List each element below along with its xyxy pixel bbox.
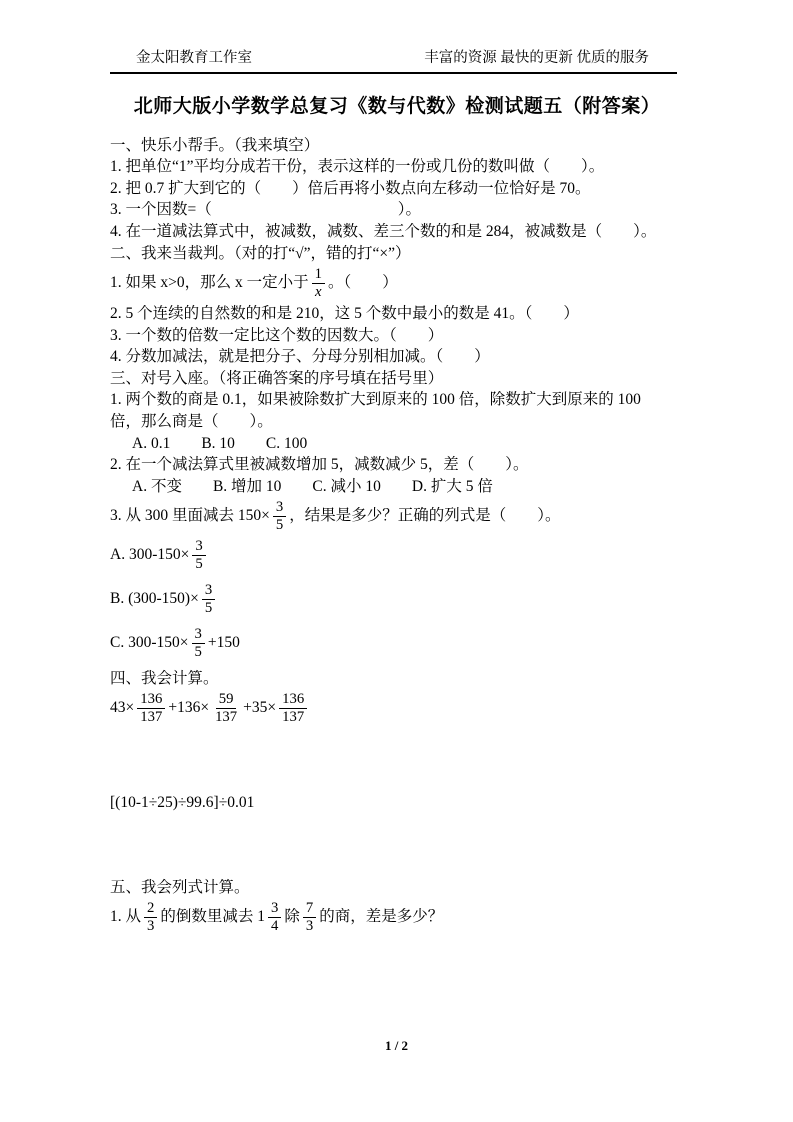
judge-question-2: 2. 5 个连续的自然数的和是 210，这 5 个数中最小的数是 41。（ ） xyxy=(110,303,684,325)
fraction-numerator: 136 xyxy=(137,691,165,709)
page-header: 金太阳教育工作室 丰富的资源 最快的更新 优质的服务 xyxy=(110,46,677,74)
fraction-denominator: 4 xyxy=(268,918,281,935)
fraction-3-over-5: 35 xyxy=(192,538,205,573)
choice-question-1-line2: 倍，那么商是（ ）。 xyxy=(110,411,684,433)
document-page: 金太阳教育工作室 丰富的资源 最快的更新 优质的服务 北师大版小学数学总复习《数… xyxy=(0,0,793,1122)
header-right-text: 丰富的资源 最快的更新 优质的服务 xyxy=(424,46,649,67)
fraction-denominator: 3 xyxy=(144,918,157,935)
fraction-denominator: 5 xyxy=(202,600,215,617)
fraction-numerator: 1 xyxy=(312,266,325,284)
fraction-136-over-137: 136137 xyxy=(137,691,165,726)
section-solve-heading: 五、我会列式计算。 xyxy=(110,877,684,899)
fraction-numerator: 3 xyxy=(192,626,205,644)
choice-question-3-option-c: C. 300-150×35+150 xyxy=(110,624,684,663)
calc-expr1-t3: +35× xyxy=(243,699,276,716)
fraction-numerator: 59 xyxy=(216,691,237,709)
solve-q1-t2: 的倒数里减去 1 xyxy=(160,908,265,925)
choice-question-2: 2. 在一个减法算式里被减数增加 5，减数减少 5，差（ ）。 xyxy=(110,454,684,476)
fill-question-1: 1. 把单位“1”平均分成若干份，表示这样的一份或几份的数叫做（ ）。 xyxy=(110,156,684,178)
choice-q3-optC-post: +150 xyxy=(208,634,240,651)
document-content: 北师大版小学数学总复习《数与代数》检测试题五（附答案） 一、快乐小帮手。（我来填… xyxy=(110,90,684,937)
choice-question-3: 3. 从 300 里面减去 150×35，结果是多少？正确的列式是（ ）。 xyxy=(110,497,684,536)
section-fill-heading: 一、快乐小帮手。（我来填空） xyxy=(110,135,684,157)
choice-question-2-options: A. 不变 B. 增加 10 C. 减小 10 D. 扩大 5 倍 xyxy=(110,476,684,498)
choice-q3-post: ，结果是多少？正确的列式是（ ）。 xyxy=(289,507,560,524)
judge-question-1: 1. 如果 x>0，那么 x 一定小于1x。（ ） xyxy=(110,264,684,303)
document-title: 北师大版小学数学总复习《数与代数》检测试题五（附答案） xyxy=(110,96,684,118)
fraction-denominator: 137 xyxy=(279,709,307,726)
fraction-denominator: 137 xyxy=(137,709,165,726)
choice-question-3-option-a: A. 300-150×35 xyxy=(110,536,684,575)
answer-space xyxy=(110,728,684,792)
choice-question-3-option-b: B. (300-150)×35 xyxy=(110,580,684,619)
judge-question-4: 4. 分数加减法，就是把分子、分母分别相加减。（ ） xyxy=(110,346,684,368)
fraction-numerator: 3 xyxy=(273,499,286,517)
fraction-numerator: 2 xyxy=(144,900,157,918)
fraction-3-over-5: 35 xyxy=(273,499,286,534)
fraction-3-over-5: 35 xyxy=(202,582,215,617)
choice-q3-optB-text: B. (300-150)× xyxy=(110,590,199,607)
fraction-denominator: 5 xyxy=(192,644,205,661)
fraction-denominator: 3 xyxy=(303,918,316,935)
fraction-3-over-5: 35 xyxy=(192,626,205,661)
fill-question-3: 3. 一个因数=（ ）。 xyxy=(110,199,684,221)
choice-question-1-options: A. 0.1 B. 10 C. 100 xyxy=(110,433,684,455)
fraction-numerator: 7 xyxy=(303,900,316,918)
fraction-3-over-4: 34 xyxy=(268,900,281,935)
page-number: 1 / 2 xyxy=(0,1038,793,1054)
fill-question-4: 4. 在一道减法算式中，被减数，减数、差三个数的和是 284，被减数是（ ）。 xyxy=(110,221,684,243)
judge-q1-post: 。（ ） xyxy=(328,274,398,291)
fraction-1-over-x: 1x xyxy=(312,266,325,301)
solve-question-1: 1. 从23的倒数里减去 134除73的商，差是多少？ xyxy=(110,898,684,937)
section-calc-heading: 四、我会计算。 xyxy=(110,668,684,690)
fraction-59-over-137: 59137 xyxy=(212,691,240,726)
fraction-numerator: 3 xyxy=(202,582,215,600)
fill-question-2: 2. 把 0.7 扩大到它的（ ）倍后再将小数点向左移动一位恰好是 70。 xyxy=(110,178,684,200)
choice-q3-optC-text: C. 300-150× xyxy=(110,634,189,651)
choice-q3-pre: 3. 从 300 里面减去 150× xyxy=(110,507,270,524)
fraction-denominator: 5 xyxy=(192,556,205,573)
solve-q1-t1: 1. 从 xyxy=(110,908,141,925)
fraction-136-over-137: 136137 xyxy=(279,691,307,726)
calc-expr1-t2: +136× xyxy=(168,699,209,716)
choice-q3-optA-text: A. 300-150× xyxy=(110,546,189,563)
fraction-2-over-3: 23 xyxy=(144,900,157,935)
fraction-numerator: 136 xyxy=(279,691,307,709)
judge-question-3: 3. 一个数的倍数一定比这个数的因数大。（ ） xyxy=(110,325,684,347)
judge-q1-pre: 1. 如果 x>0，那么 x 一定小于 xyxy=(110,274,309,291)
fraction-denominator: 5 xyxy=(273,517,286,534)
calc-expression-2: [(10-1÷25)÷99.6]÷0.01 xyxy=(110,792,684,814)
fraction-denominator: 137 xyxy=(212,709,240,726)
section-judge-heading: 二、我来当裁判。（对的打“√”，错的打“×”） xyxy=(110,243,684,265)
section-choice-heading: 三、对号入座。（将正确答案的序号填在括号里） xyxy=(110,368,684,390)
choice-question-1-line1: 1. 两个数的商是 0.1，如果被除数扩大到原来的 100 倍，除数扩大到原来的… xyxy=(110,389,684,411)
fraction-numerator: 3 xyxy=(192,538,205,556)
calc-expression-1: 43×136137+136×59137+35×136137 xyxy=(110,689,684,728)
solve-q1-t4: 的商，差是多少？ xyxy=(319,908,443,925)
calc-expr1-t1: 43× xyxy=(110,699,134,716)
header-left-text: 金太阳教育工作室 xyxy=(136,46,252,67)
solve-q1-t3: 除 xyxy=(284,908,300,925)
fraction-7-over-3: 73 xyxy=(303,900,316,935)
fraction-denominator: x xyxy=(312,284,325,301)
fraction-numerator: 3 xyxy=(268,900,281,918)
answer-space xyxy=(110,814,684,877)
